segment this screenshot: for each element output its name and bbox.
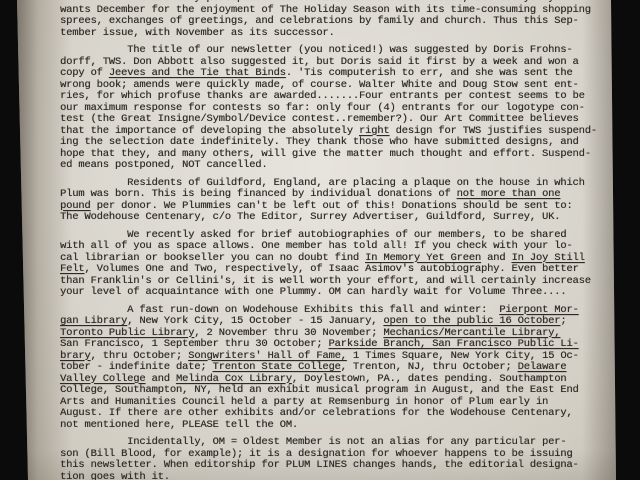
plain-text: ed means postponed, NOT cancelled. xyxy=(60,159,267,171)
paragraph: A fast run-down on Wodehouse Exhibits th… xyxy=(60,305,616,432)
text-line: The Wodehouse Centenary, c/o The Editor,… xyxy=(60,212,616,224)
plain-text: , Volumes One and Two, respectively, of … xyxy=(84,263,578,275)
plain-text: , 2 November thru 30 November; xyxy=(194,327,383,339)
plain-text: A fast run-down on Wodehouse Exhibits th… xyxy=(60,304,499,316)
paragraph: We recently asked for brief autobiograph… xyxy=(60,230,616,299)
underlined-text: gan Library xyxy=(60,315,127,327)
plain-text: per donor. We Plummies can't be left out… xyxy=(91,200,573,212)
plain-text: wrong book; amends were quickly made, of… xyxy=(60,79,579,91)
underlined-text: Pierpont Mor- xyxy=(499,304,578,316)
underlined-text: brary xyxy=(60,350,91,362)
plain-text: copy of xyxy=(60,67,109,79)
plain-text: cal librarian or bookseller you can no d… xyxy=(60,252,365,264)
plain-text: with all of you as space allows. One mem… xyxy=(60,240,573,252)
text-line: your level of acquaintance with one Plum… xyxy=(60,287,616,299)
plain-text: hope that they, and many others, will gi… xyxy=(60,148,591,160)
plain-text: tober - indefinite date; xyxy=(60,361,213,373)
plain-text: ries, for which profuse thanks are award… xyxy=(60,90,585,102)
page-text: You are very perceptive! We considered a… xyxy=(60,0,616,480)
plain-text: sprees, exchanges of greetings, and cele… xyxy=(60,15,579,27)
plain-text: not mentioned here, PLEASE tell the OM. xyxy=(60,419,298,431)
plain-text: , Doylestown, PA., dates pending. Southa… xyxy=(292,373,567,385)
plain-text: San Francisco, 1 September thru 30 Octob… xyxy=(60,338,328,350)
plain-text: The title of our newsletter (you noticed… xyxy=(60,44,573,56)
text-line: ed means postponed, NOT cancelled. xyxy=(60,160,616,172)
underlined-text: Toronto Public Library xyxy=(60,327,194,339)
plain-text: our maximum response for contests so far… xyxy=(60,102,585,114)
plain-text: and xyxy=(481,252,512,264)
underlined-text: Melinda Cox Library xyxy=(176,373,292,385)
underlined-text: Trenton State College xyxy=(213,361,341,373)
underlined-text: not more than one xyxy=(457,188,561,200)
plain-text: Plum was born. This is being financed by… xyxy=(60,188,457,200)
plain-text: this newsletter. When editorship for PLU… xyxy=(60,459,579,471)
plain-text: College, Southampton, NY, held an exhibi… xyxy=(60,384,579,396)
underlined-text: right xyxy=(359,125,390,137)
text-line: not mentioned here, PLEASE tell the OM. xyxy=(60,420,616,432)
plain-text: 1 Times Square, New York City, 15 Oc- xyxy=(347,350,579,362)
plain-text: your level of acquaintance with one Plum… xyxy=(60,286,566,298)
plain-text: than Franklin's or Cellini's, it is well… xyxy=(60,275,591,287)
plain-text: . 'Tis computerish to err, and she was s… xyxy=(286,67,573,79)
underlined-text: Mechanics/Mercantile Library, xyxy=(383,327,560,339)
paragraph: Residents of Guildford, England, are pla… xyxy=(60,178,616,224)
plain-text: We recently asked for brief autobiograph… xyxy=(60,229,566,241)
paragraph: The title of our newsletter (you noticed… xyxy=(60,45,616,172)
underlined-text: Felt xyxy=(60,263,84,275)
text-line: tion goes with it. xyxy=(60,472,616,480)
text-line: tember issue, with November as its succe… xyxy=(60,28,616,40)
underlined-text: In Joy Still xyxy=(512,252,585,264)
paper-sheet: You are very perceptive! We considered a… xyxy=(0,0,640,480)
plain-text: Residents of Guildford, England, are pla… xyxy=(60,177,585,189)
plain-text: The Wodehouse Centenary, c/o The Editor,… xyxy=(60,211,560,223)
plain-text: Arts and Humanities Council held a party… xyxy=(60,396,548,408)
plain-text: son (Bill Blood, for example); it is a d… xyxy=(60,448,573,460)
plain-text: ; xyxy=(560,315,566,327)
plain-text: August. If there are other exhibits and/… xyxy=(60,407,573,419)
underlined-text: Songwriters' Hall of Fame, xyxy=(188,350,347,362)
plain-text: dorff, TWS. Don Abbott also suggested it… xyxy=(60,56,579,68)
underlined-text: open to the public 16 October xyxy=(383,315,560,327)
plain-text: wants December for the enjoyment of The … xyxy=(60,4,591,16)
plain-text: that the importance of developing the ab… xyxy=(60,125,359,137)
plain-text: ing the selection date indefinitely. The… xyxy=(60,136,579,148)
plain-text: tion goes with it. xyxy=(60,471,170,480)
underlined-text: In Memory Yet Green xyxy=(365,252,481,264)
underlined-text: Jeeves and the Tie that Binds xyxy=(109,67,286,79)
underlined-text: Parkside Branch, San Francisco Public Li… xyxy=(328,338,578,350)
plain-text: test (the Great Insigne/Symbol/Device co… xyxy=(60,113,579,125)
scan-background: You are very perceptive! We considered a… xyxy=(0,0,640,480)
underlined-text: Valley College xyxy=(60,373,145,385)
paragraph: Incidentally, OM = Oldest Member is not … xyxy=(60,437,616,480)
underlined-text: pound xyxy=(60,200,91,212)
underlined-text: Delaware xyxy=(518,361,567,373)
plain-text: and xyxy=(145,373,176,385)
plain-text: , Trenton, NJ, thru October; xyxy=(341,361,518,373)
plain-text: design for TWS justifies suspend- xyxy=(389,125,596,137)
paragraph: You are very perceptive! We considered a… xyxy=(60,0,616,39)
plain-text: , New York City, 15 October - 15 January… xyxy=(127,315,383,327)
plain-text: , thru October; xyxy=(91,350,189,362)
plain-text: tember issue, with November as its succe… xyxy=(60,27,335,39)
plain-text: Incidentally, OM = Oldest Member is not … xyxy=(60,436,566,448)
